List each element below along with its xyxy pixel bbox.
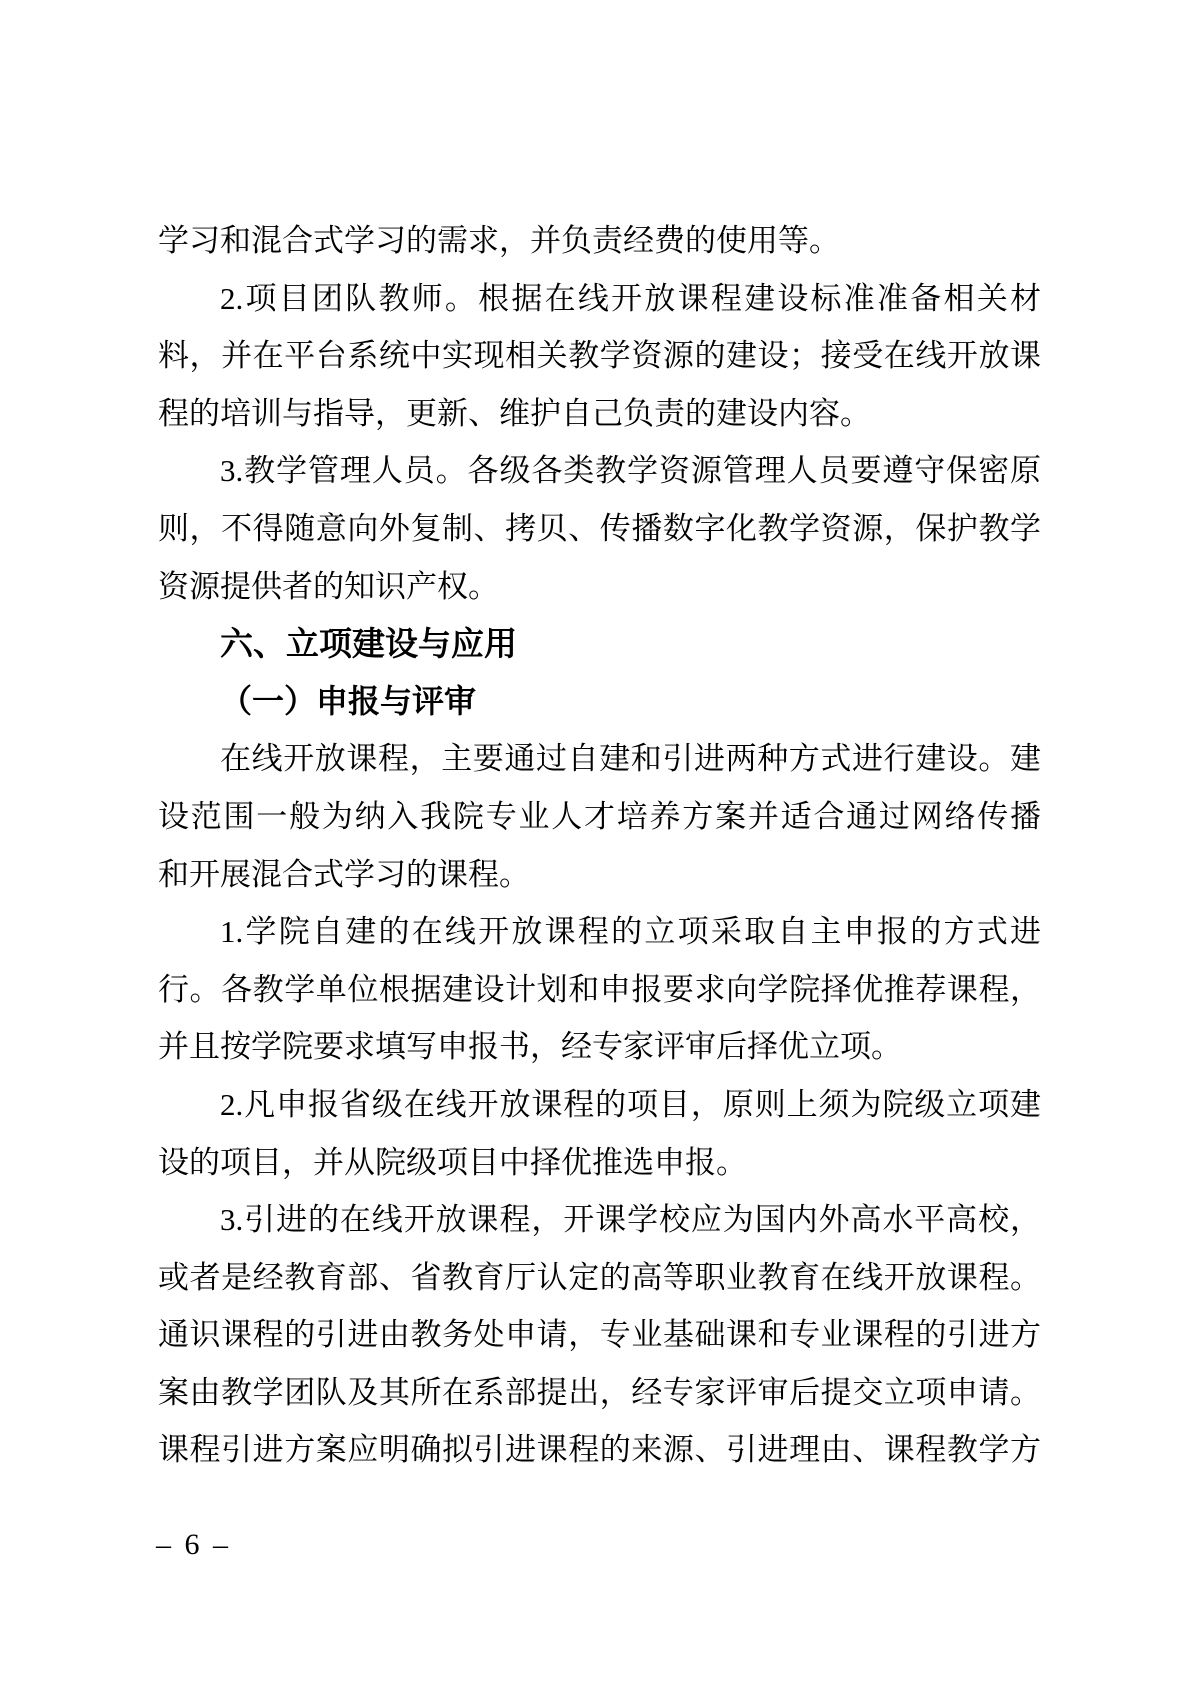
text-line: 则，不得随意向外复制、拷贝、传播数字化教学资源，保护教学 xyxy=(158,500,1041,558)
paragraph: 在线开放课程，主要通过自建和引进两种方式进行建设。建设范围一般为纳入我院专业人才… xyxy=(158,730,1041,903)
text-line: 2.项目团队教师。根据在线开放课程建设标准准备相关材 xyxy=(158,270,1041,328)
paragraph: 2.项目团队教师。根据在线开放课程建设标准准备相关材料，并在平台系统中实现相关教… xyxy=(158,270,1041,443)
page-number: – 6 – xyxy=(156,1527,228,1563)
text-line: 3.引进的在线开放课程，开课学校应为国内外高水平高校， xyxy=(158,1191,1041,1249)
document-page: 学习和混合式学习的需求，并负责经费的使用等。2.项目团队教师。根据在线开放课程建… xyxy=(0,0,1191,1684)
paragraph: 3.引进的在线开放课程，开课学校应为国内外高水平高校，或者是经教育部、省教育厅认… xyxy=(158,1191,1041,1479)
text-line: （一）申报与评审 xyxy=(158,673,1041,731)
text-line: 在线开放课程，主要通过自建和引进两种方式进行建设。建 xyxy=(158,730,1041,788)
paragraph: 1.学院自建的在线开放课程的立项采取自主申报的方式进行。各教学单位根据建设计划和… xyxy=(158,903,1041,1076)
text-line: 课程引进方案应明确拟引进课程的来源、引进理由、课程教学方 xyxy=(158,1421,1041,1479)
text-line: 程的培训与指导，更新、维护自己负责的建设内容。 xyxy=(158,385,1041,443)
text-line: 并且按学院要求填写申报书，经专家评审后择优立项。 xyxy=(158,1018,1041,1076)
paragraph: 2.凡申报省级在线开放课程的项目，原则上须为院级立项建设的项目，并从院级项目中择… xyxy=(158,1076,1041,1191)
text-line: 行。各教学单位根据建设计划和申报要求向学院择优推荐课程， xyxy=(158,961,1041,1019)
text-line: 3.教学管理人员。各级各类教学资源管理人员要遵守保密原 xyxy=(158,442,1041,500)
text-line: 2.凡申报省级在线开放课程的项目，原则上须为院级立项建 xyxy=(158,1076,1041,1134)
subsection-heading: （一）申报与评审 xyxy=(158,673,1041,731)
text-line: 设范围一般为纳入我院专业人才培养方案并适合通过网络传播 xyxy=(158,788,1041,846)
text-line: 学习和混合式学习的需求，并负责经费的使用等。 xyxy=(158,212,1041,270)
text-line: 料，并在平台系统中实现相关教学资源的建设；接受在线开放课 xyxy=(158,327,1041,385)
text-line: 资源提供者的知识产权。 xyxy=(158,558,1041,616)
text-block: 学习和混合式学习的需求，并负责经费的使用等。2.项目团队教师。根据在线开放课程建… xyxy=(158,212,1041,1479)
text-line: 1.学院自建的在线开放课程的立项采取自主申报的方式进 xyxy=(158,903,1041,961)
text-line: 设的项目，并从院级项目中择优推选申报。 xyxy=(158,1134,1041,1192)
text-line: 通识课程的引进由教务处申请，专业基础课和专业课程的引进方 xyxy=(158,1306,1041,1364)
text-line: 或者是经教育部、省教育厅认定的高等职业教育在线开放课程。 xyxy=(158,1249,1041,1307)
text-line: 案由教学团队及其所在系部提出，经专家评审后提交立项申请。 xyxy=(158,1364,1041,1422)
text-line: 六、立项建设与应用 xyxy=(158,615,1041,673)
paragraph: 学习和混合式学习的需求，并负责经费的使用等。 xyxy=(158,212,1041,270)
section-heading: 六、立项建设与应用 xyxy=(158,615,1041,673)
paragraph: 3.教学管理人员。各级各类教学资源管理人员要遵守保密原则，不得随意向外复制、拷贝… xyxy=(158,442,1041,615)
text-line: 和开展混合式学习的课程。 xyxy=(158,846,1041,904)
